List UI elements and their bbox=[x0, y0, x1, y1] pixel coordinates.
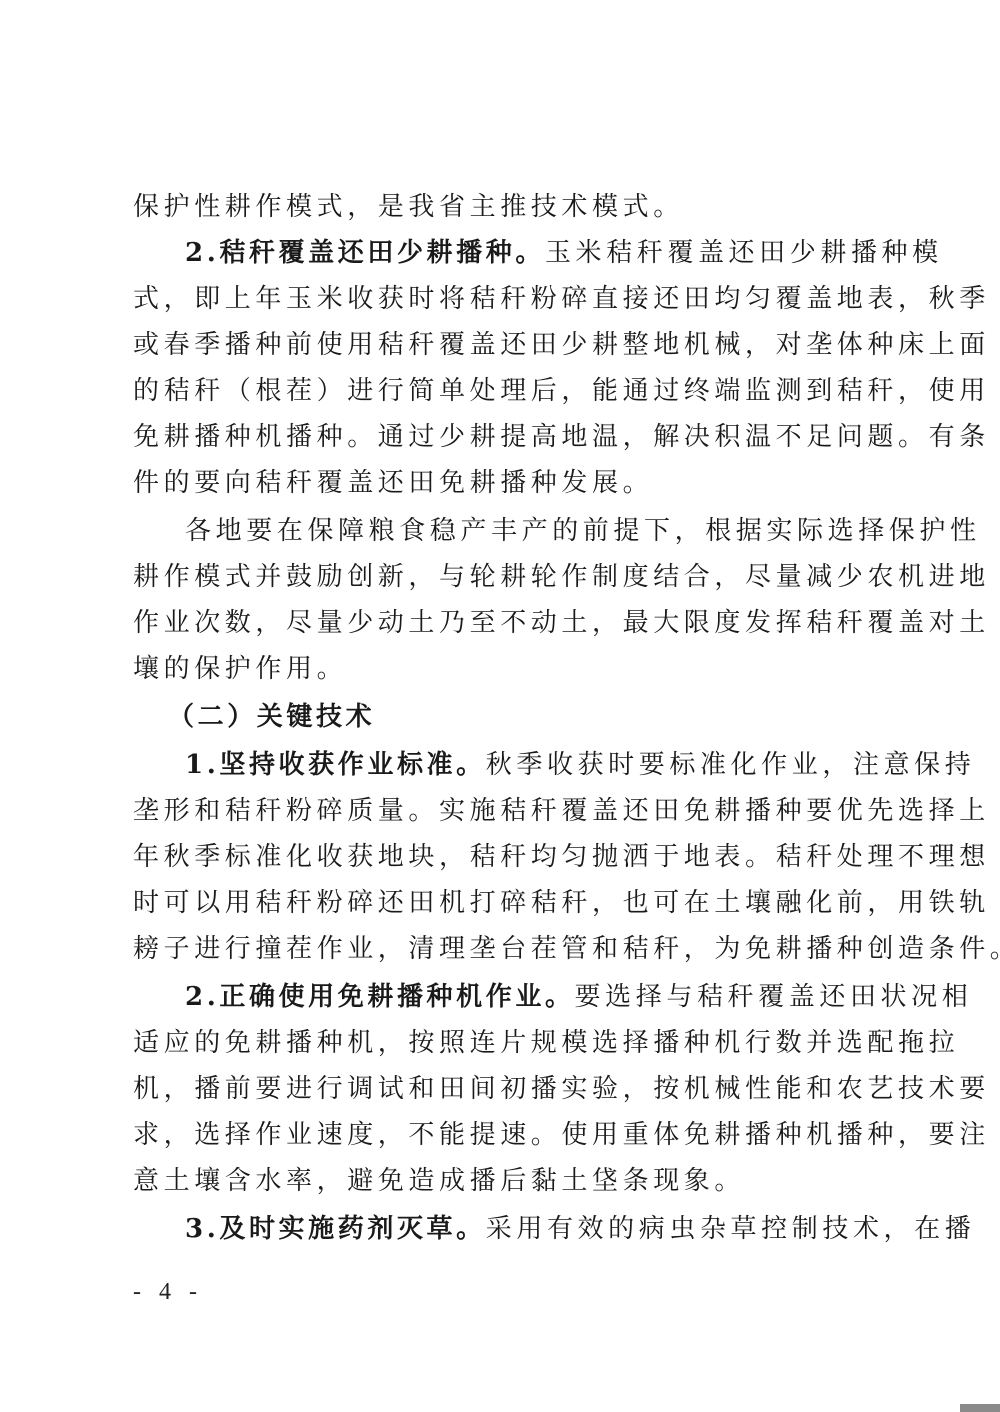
paragraph-line: 年秋季标准化收获地块，秸秆均匀抛洒于地表。秸秆处理不理想 bbox=[133, 834, 873, 880]
line-text: 式，即上年玉米收获时将秸秆粉碎直接还田均匀覆盖地表，秋季 bbox=[133, 284, 990, 314]
subsection-title: 1.坚持收获作业标准。 bbox=[185, 750, 486, 780]
paragraph-line: 保护性耕作模式，是我省主推技术模式。 bbox=[133, 184, 873, 230]
paragraph-line: 各地要在保障粮食稳产丰产的前提下，根据实际选择保护性 bbox=[185, 508, 873, 554]
line-text: 件的要向秸秆覆盖还田免耕播种发展。 bbox=[133, 468, 653, 498]
line-text: 时可以用秸秆粉碎还田机打碎秸秆，也可在土壤融化前，用铁轨 bbox=[133, 888, 990, 918]
line-text: 采用有效的病虫杂草控制技术，在播 bbox=[486, 1214, 976, 1244]
line-text: 各地要在保障粮食稳产丰产的前提下，根据实际选择保护性 bbox=[185, 516, 981, 546]
paragraph-line: 耕作模式并鼓励创新，与轮耕轮作制度结合，尽量减少农机进地 bbox=[133, 554, 873, 600]
line-text: 求，选择作业速度，不能提速。使用重体免耕播种机播种，要注 bbox=[133, 1120, 990, 1150]
line-text: 适应的免耕播种机，按照连片规模选择播种机行数并选配拖拉 bbox=[133, 1028, 959, 1058]
subsection-title: 2.秸秆覆盖还田少耕播种。 bbox=[185, 238, 545, 268]
line-text: 要选择与秸秆覆盖还田状况相 bbox=[575, 982, 973, 1012]
corner-scan-bar bbox=[960, 1404, 1000, 1412]
paragraph-line: 式，即上年玉米收获时将秸秆粉碎直接还田均匀覆盖地表，秋季 bbox=[133, 276, 873, 322]
paragraph-line: 求，选择作业速度，不能提速。使用重体免耕播种机播种，要注 bbox=[133, 1112, 873, 1158]
line-text: 保护性耕作模式，是我省主推技术模式。 bbox=[133, 192, 684, 222]
paragraph-line: 适应的免耕播种机，按照连片规模选择播种机行数并选配拖拉 bbox=[133, 1020, 873, 1066]
subsection-title: 2.正确使用免耕播种机作业。 bbox=[185, 982, 575, 1012]
line-text: 玉米秸秆覆盖还田少耕播种模 bbox=[545, 238, 943, 268]
page-number: - 4 - bbox=[133, 1274, 203, 1310]
line-text: 免耕播种机播种。通过少耕提高地温，解决积温不足问题。有条 bbox=[133, 422, 990, 452]
paragraph-line: 或春季播种前使用秸秆覆盖还田少耕整地机械，对垄体种床上面 bbox=[133, 322, 873, 368]
line-text: 耪子进行撞茬作业，清理垄台茬管和秸秆，为免耕播种创造条件。 bbox=[133, 934, 1000, 964]
section-heading: （二）关键技术 bbox=[168, 694, 873, 740]
line-text: 年秋季标准化收获地块，秸秆均匀抛洒于地表。秸秆处理不理想 bbox=[133, 842, 990, 872]
paragraph-line: 时可以用秸秆粉碎还田机打碎秸秆，也可在土壤融化前，用铁轨 bbox=[133, 880, 873, 926]
section-title: （二）关键技术 bbox=[168, 702, 375, 732]
paragraph-line: 机，播前要进行调试和田间初播实验，按机械性能和农艺技术要 bbox=[133, 1066, 873, 1112]
document-page: 保护性耕作模式，是我省主推技术模式。 2.秸秆覆盖还田少耕播种。玉米秸秆覆盖还田… bbox=[0, 0, 1000, 1412]
paragraph-line: 耪子进行撞茬作业，清理垄台茬管和秸秆，为免耕播种创造条件。 bbox=[133, 926, 873, 972]
line-text: 意土壤含水率，避免造成播后黏土垡条现象。 bbox=[133, 1166, 745, 1196]
paragraph-line: 免耕播种机播种。通过少耕提高地温，解决积温不足问题。有条 bbox=[133, 414, 873, 460]
paragraph-line: 作业次数，尽量少动土乃至不动土，最大限度发挥秸秆覆盖对土 bbox=[133, 600, 873, 646]
paragraph-line: 垄形和秸秆粉碎质量。实施秸秆覆盖还田免耕播种要优先选择上 bbox=[133, 788, 873, 834]
subsection-heading-line: 2.秸秆覆盖还田少耕播种。玉米秸秆覆盖还田少耕播种模 bbox=[185, 230, 873, 276]
paragraph-line: 意土壤含水率，避免造成播后黏土垡条现象。 bbox=[133, 1158, 873, 1204]
line-text: 作业次数，尽量少动土乃至不动土，最大限度发挥秸秆覆盖对土 bbox=[133, 608, 990, 638]
paragraph-line: 件的要向秸秆覆盖还田免耕播种发展。 bbox=[133, 460, 873, 506]
line-text: 的秸秆（根茬）进行简单处理后，能通过终端监测到秸秆，使用 bbox=[133, 376, 990, 406]
line-text: 垄形和秸秆粉碎质量。实施秸秆覆盖还田免耕播种要优先选择上 bbox=[133, 796, 990, 826]
line-text: 或春季播种前使用秸秆覆盖还田少耕整地机械，对垄体种床上面 bbox=[133, 330, 990, 360]
subsection-title: 3.及时实施药剂灭草。 bbox=[185, 1214, 486, 1244]
line-text: 耕作模式并鼓励创新，与轮耕轮作制度结合，尽量减少农机进地 bbox=[133, 562, 990, 592]
subsection-heading-line: 1.坚持收获作业标准。秋季收获时要标准化作业，注意保持 bbox=[185, 742, 873, 788]
line-text: 壤的保护作用。 bbox=[133, 654, 347, 684]
subsection-heading-line: 2.正确使用免耕播种机作业。要选择与秸秆覆盖还田状况相 bbox=[185, 974, 873, 1020]
paragraph-line: 的秸秆（根茬）进行简单处理后，能通过终端监测到秸秆，使用 bbox=[133, 368, 873, 414]
line-text: 秋季收获时要标准化作业，注意保持 bbox=[486, 750, 976, 780]
paragraph-line: 壤的保护作用。 bbox=[133, 646, 873, 692]
line-text: 机，播前要进行调试和田间初播实验，按机械性能和农艺技术要 bbox=[133, 1074, 990, 1104]
subsection-heading-line: 3.及时实施药剂灭草。采用有效的病虫杂草控制技术，在播 bbox=[185, 1206, 873, 1252]
